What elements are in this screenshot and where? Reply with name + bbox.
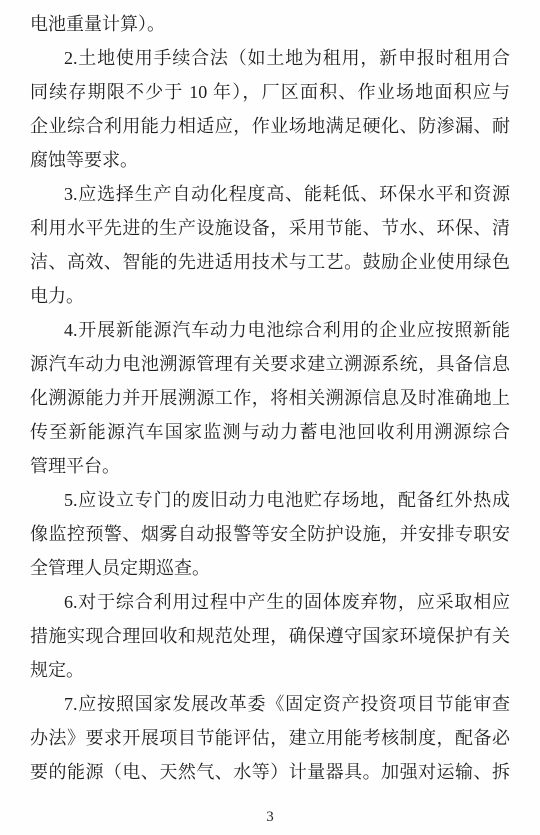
text-line: 电池重量计算）。 [30,7,510,41]
text-line: 规定。 [30,653,510,687]
text-line: 像监控预警、烟雾自动报警等安全防护设施，并安排专职安 [30,517,510,551]
text-line: 同续存期限不少于 10 年），厂区面积、作业场地面积应与 [30,75,510,109]
text-line: 企业综合利用能力相适应，作业场地满足硬化、防渗漏、耐 [30,109,510,143]
text-line: 7.应按照国家发展改革委《固定资产投资项目节能审查 [30,687,510,721]
text-line: 2.土地使用手续合法（如土地为租用，新申报时租用合 [30,41,510,75]
text-line: 化溯源能力并开展溯源工作，将相关溯源信息及时准确地上 [30,381,510,415]
text-line: 4.开展新能源汽车动力电池综合利用的企业应按照新能 [30,313,510,347]
text-line: 要的能源（电、天然气、水等）计量器具。加强对运输、拆 [30,755,510,789]
text-line: 利用水平先进的生产设施设备，采用节能、节水、环保、清 [30,211,510,245]
text-line: 办法》要求开展项目节能评估，建立用能考核制度，配备必 [30,721,510,755]
text-line: 3.应选择生产自动化程度高、能耗低、环保水平和资源 [30,177,510,211]
document-body: 电池重量计算）。2.土地使用手续合法（如土地为租用，新申报时租用合同续存期限不少… [30,7,510,789]
text-line: 全管理人员定期巡查。 [30,551,510,585]
text-line: 洁、高效、智能的先进适用技术与工艺。鼓励企业使用绿色 [30,245,510,279]
text-line: 腐蚀等要求。 [30,143,510,177]
text-line: 传至新能源汽车国家监测与动力蓄电池回收利用溯源综合 [30,415,510,449]
text-line: 源汽车动力电池溯源管理有关要求建立溯源系统，具备信息 [30,347,510,381]
text-line: 电力。 [30,279,510,313]
text-line: 6.对于综合利用过程中产生的固体废弃物，应采取相应 [30,585,510,619]
document-page: 电池重量计算）。2.土地使用手续合法（如土地为租用，新申报时租用合同续存期限不少… [0,0,540,835]
text-line: 措施实现合理回收和规范处理，确保遵守国家环境保护有关 [30,619,510,653]
text-line: 5.应设立专门的废旧动力电池贮存场地，配备红外热成 [30,483,510,517]
text-line: 管理平台。 [30,449,510,483]
page-number: 3 [0,806,540,828]
